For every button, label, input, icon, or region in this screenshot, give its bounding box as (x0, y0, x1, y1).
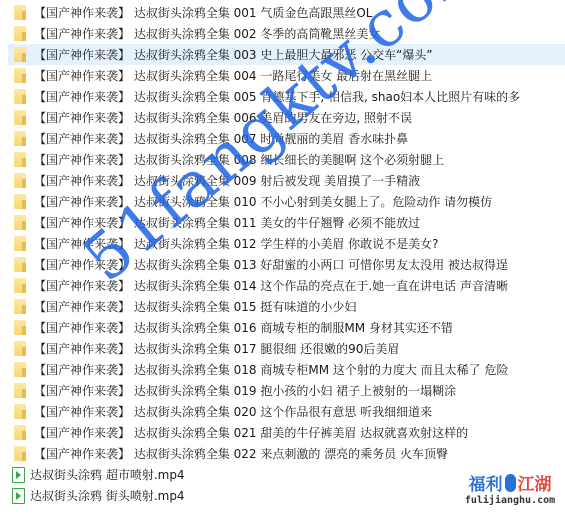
item-name: 【国产神作来袭】 达叔街头涂鸦全集 011 美女的牛仔翘臀 必须不能放过 (34, 214, 420, 231)
folder-icon (14, 299, 26, 314)
logo-part1: 福利 (469, 470, 503, 495)
item-name: 【国产神作来袭】 达叔街头涂鸦全集 020 这个作品很有意思 听我细细道来 (34, 403, 432, 420)
item-name: 【国产神作来袭】 达叔街头涂鸦全集 018 商城专柜MM 这个射的力度大 而且太… (34, 361, 509, 378)
folder-icon (14, 215, 26, 230)
folder-item-013[interactable]: 【国产神作来袭】 达叔街头涂鸦全集 013 好甜蜜的小两口 可惜你男友太没用 被… (0, 254, 565, 275)
folder-item-022[interactable]: 【国产神作来袭】 达叔街头涂鸦全集 022 来点刺激的 漂亮的乘务员 火车顶臀 (0, 443, 565, 464)
folder-icon (14, 89, 26, 104)
folder-icon (14, 362, 26, 377)
file-list: 【国产神作来袭】 达叔街头涂鸦全集 001 气质金色高跟黑丝OL 【国产神作来袭… (0, 2, 565, 506)
folder-icon (14, 173, 26, 188)
item-name: 【国产神作来袭】 达叔街头涂鸦全集 004 一路尾行美女 最后射在黑丝腿上 (34, 67, 432, 84)
folder-item-017[interactable]: 【国产神作来袭】 达叔街头涂鸦全集 017 腿很细 还很嫩的90后美眉 (0, 338, 565, 359)
item-name: 【国产神作来袭】 达叔街头涂鸦全集 017 腿很细 还很嫩的90后美眉 (34, 340, 399, 357)
item-name: 【国产神作来袭】 达叔街头涂鸦全集 019 抱小孩的小妇 裙子上被射的一塌糊涂 (34, 382, 456, 399)
folder-icon (14, 404, 26, 419)
folder-item-014[interactable]: 【国产神作来袭】 达叔街头涂鸦全集 014 这个作品的亮点在于.她一直在讲电话 … (0, 275, 565, 296)
folder-item-002[interactable]: 【国产神作来袭】 达叔街头涂鸦全集 002 冬季的高筒靴黑丝美女 (0, 23, 565, 44)
item-name: 达叔街头涂鸦 超市喷射.mp4 (30, 466, 185, 483)
folder-item-019[interactable]: 【国产神作来袭】 达叔街头涂鸦全集 019 抱小孩的小妇 裙子上被射的一塌糊涂 (0, 380, 565, 401)
folder-item-006[interactable]: 【国产神作来袭】 达叔街头涂鸦全集 006 美眉的男友在旁边, 照射不误 (0, 107, 565, 128)
folder-icon (14, 110, 26, 125)
item-name: 达叔街头涂鸦 街头喷射.mp4 (30, 487, 185, 504)
item-name: 【国产神作来袭】 达叔街头涂鸦全集 005 肯德基下手, 相信我, shao妇本… (34, 88, 520, 105)
folder-icon (14, 446, 26, 461)
folder-icon (14, 194, 26, 209)
item-name: 【国产神作来袭】 达叔街头涂鸦全集 007 时尚靓丽的美眉 香水味扑鼻 (34, 130, 408, 147)
folder-item-005[interactable]: 【国产神作来袭】 达叔街头涂鸦全集 005 肯德基下手, 相信我, shao妇本… (0, 86, 565, 107)
video-file-icon (12, 467, 25, 483)
site-logo: 福利 江湖 fulijianghu.com (460, 470, 560, 506)
video-file-icon (12, 488, 25, 504)
item-name: 【国产神作来袭】 达叔街头涂鸦全集 012 学生样的小美眉 你敢说不是美女? (34, 235, 439, 252)
folder-icon (14, 131, 26, 146)
folder-item-007[interactable]: 【国产神作来袭】 达叔街头涂鸦全集 007 时尚靓丽的美眉 香水味扑鼻 (0, 128, 565, 149)
folder-item-001[interactable]: 【国产神作来袭】 达叔街头涂鸦全集 001 气质金色高跟黑丝OL (0, 2, 565, 23)
folder-icon (14, 383, 26, 398)
folder-icon (14, 425, 26, 440)
folder-item-009[interactable]: 【国产神作来袭】 达叔街头涂鸦全集 009 射后被发现 美眉摸了一手精液 (0, 170, 565, 191)
folder-icon (14, 257, 26, 272)
item-name: 【国产神作来袭】 达叔街头涂鸦全集 009 射后被发现 美眉摸了一手精液 (34, 172, 420, 189)
folder-icon (14, 152, 26, 167)
item-name: 【国产神作来袭】 达叔街头涂鸦全集 006 美眉的男友在旁边, 照射不误 (34, 109, 412, 126)
item-name: 【国产神作来袭】 达叔街头涂鸦全集 002 冬季的高筒靴黑丝美女 (34, 25, 380, 42)
item-name: 【国产神作来袭】 达叔街头涂鸦全集 010 不小心射到美女腿上了。危险动作 请勿… (34, 193, 492, 210)
folder-icon (14, 320, 26, 335)
logo-part2: 江湖 (518, 470, 552, 495)
logo-title: 福利 江湖 (460, 470, 560, 495)
folder-item-015[interactable]: 【国产神作来袭】 达叔街头涂鸦全集 015 挺有味道的小少妇 (0, 296, 565, 317)
item-name: 【国产神作来袭】 达叔街头涂鸦全集 022 来点刺激的 漂亮的乘务员 火车顶臀 (34, 445, 448, 462)
folder-item-020[interactable]: 【国产神作来袭】 达叔街头涂鸦全集 020 这个作品很有意思 听我细细道来 (0, 401, 565, 422)
item-name: 【国产神作来袭】 达叔街头涂鸦全集 016 商城专柜的制服MM 身材其实还不错 (34, 319, 453, 336)
folder-item-011[interactable]: 【国产神作来袭】 达叔街头涂鸦全集 011 美女的牛仔翘臀 必须不能放过 (0, 212, 565, 233)
item-name: 【国产神作来袭】 达叔街头涂鸦全集 003 史上最胆大最邪恶 公交车“爆头” (34, 46, 433, 63)
folder-item-004[interactable]: 【国产神作来袭】 达叔街头涂鸦全集 004 一路尾行美女 最后射在黑丝腿上 (0, 65, 565, 86)
folder-item-018[interactable]: 【国产神作来袭】 达叔街头涂鸦全集 018 商城专柜MM 这个射的力度大 而且太… (0, 359, 565, 380)
folder-icon (14, 68, 26, 83)
item-name: 【国产神作来袭】 达叔街头涂鸦全集 008 细长细长的美腿啊 这个必须射腿上 (34, 151, 444, 168)
folder-item-021[interactable]: 【国产神作来袭】 达叔街头涂鸦全集 021 甜美的牛仔裤美眉 达叔就喜欢射这样的 (0, 422, 565, 443)
folder-item-016[interactable]: 【国产神作来袭】 达叔街头涂鸦全集 016 商城专柜的制服MM 身材其实还不错 (0, 317, 565, 338)
item-name: 【国产神作来袭】 达叔街头涂鸦全集 021 甜美的牛仔裤美眉 达叔就喜欢射这样的 (34, 424, 468, 441)
item-name: 【国产神作来袭】 达叔街头涂鸦全集 014 这个作品的亮点在于.她一直在讲电话 … (34, 277, 508, 294)
folder-item-003[interactable]: 【国产神作来袭】 达叔街头涂鸦全集 003 史上最胆大最邪恶 公交车“爆头” (8, 44, 565, 65)
logo-url: fulijianghu.com (460, 495, 560, 506)
folder-item-010[interactable]: 【国产神作来袭】 达叔街头涂鸦全集 010 不小心射到美女腿上了。危险动作 请勿… (0, 191, 565, 212)
folder-icon (14, 47, 26, 62)
folder-icon (14, 236, 26, 251)
mouse-icon (505, 474, 516, 492)
folder-item-012[interactable]: 【国产神作来袭】 达叔街头涂鸦全集 012 学生样的小美眉 你敢说不是美女? (0, 233, 565, 254)
item-name: 【国产神作来袭】 达叔街头涂鸦全集 015 挺有味道的小少妇 (34, 298, 356, 315)
folder-icon (14, 278, 26, 293)
folder-item-008[interactable]: 【国产神作来袭】 达叔街头涂鸦全集 008 细长细长的美腿啊 这个必须射腿上 (0, 149, 565, 170)
item-name: 【国产神作来袭】 达叔街头涂鸦全集 001 气质金色高跟黑丝OL (34, 4, 372, 21)
folder-icon (14, 26, 26, 41)
folder-icon (14, 341, 26, 356)
folder-icon (14, 5, 26, 20)
item-name: 【国产神作来袭】 达叔街头涂鸦全集 013 好甜蜜的小两口 可惜你男友太没用 被… (34, 256, 508, 273)
